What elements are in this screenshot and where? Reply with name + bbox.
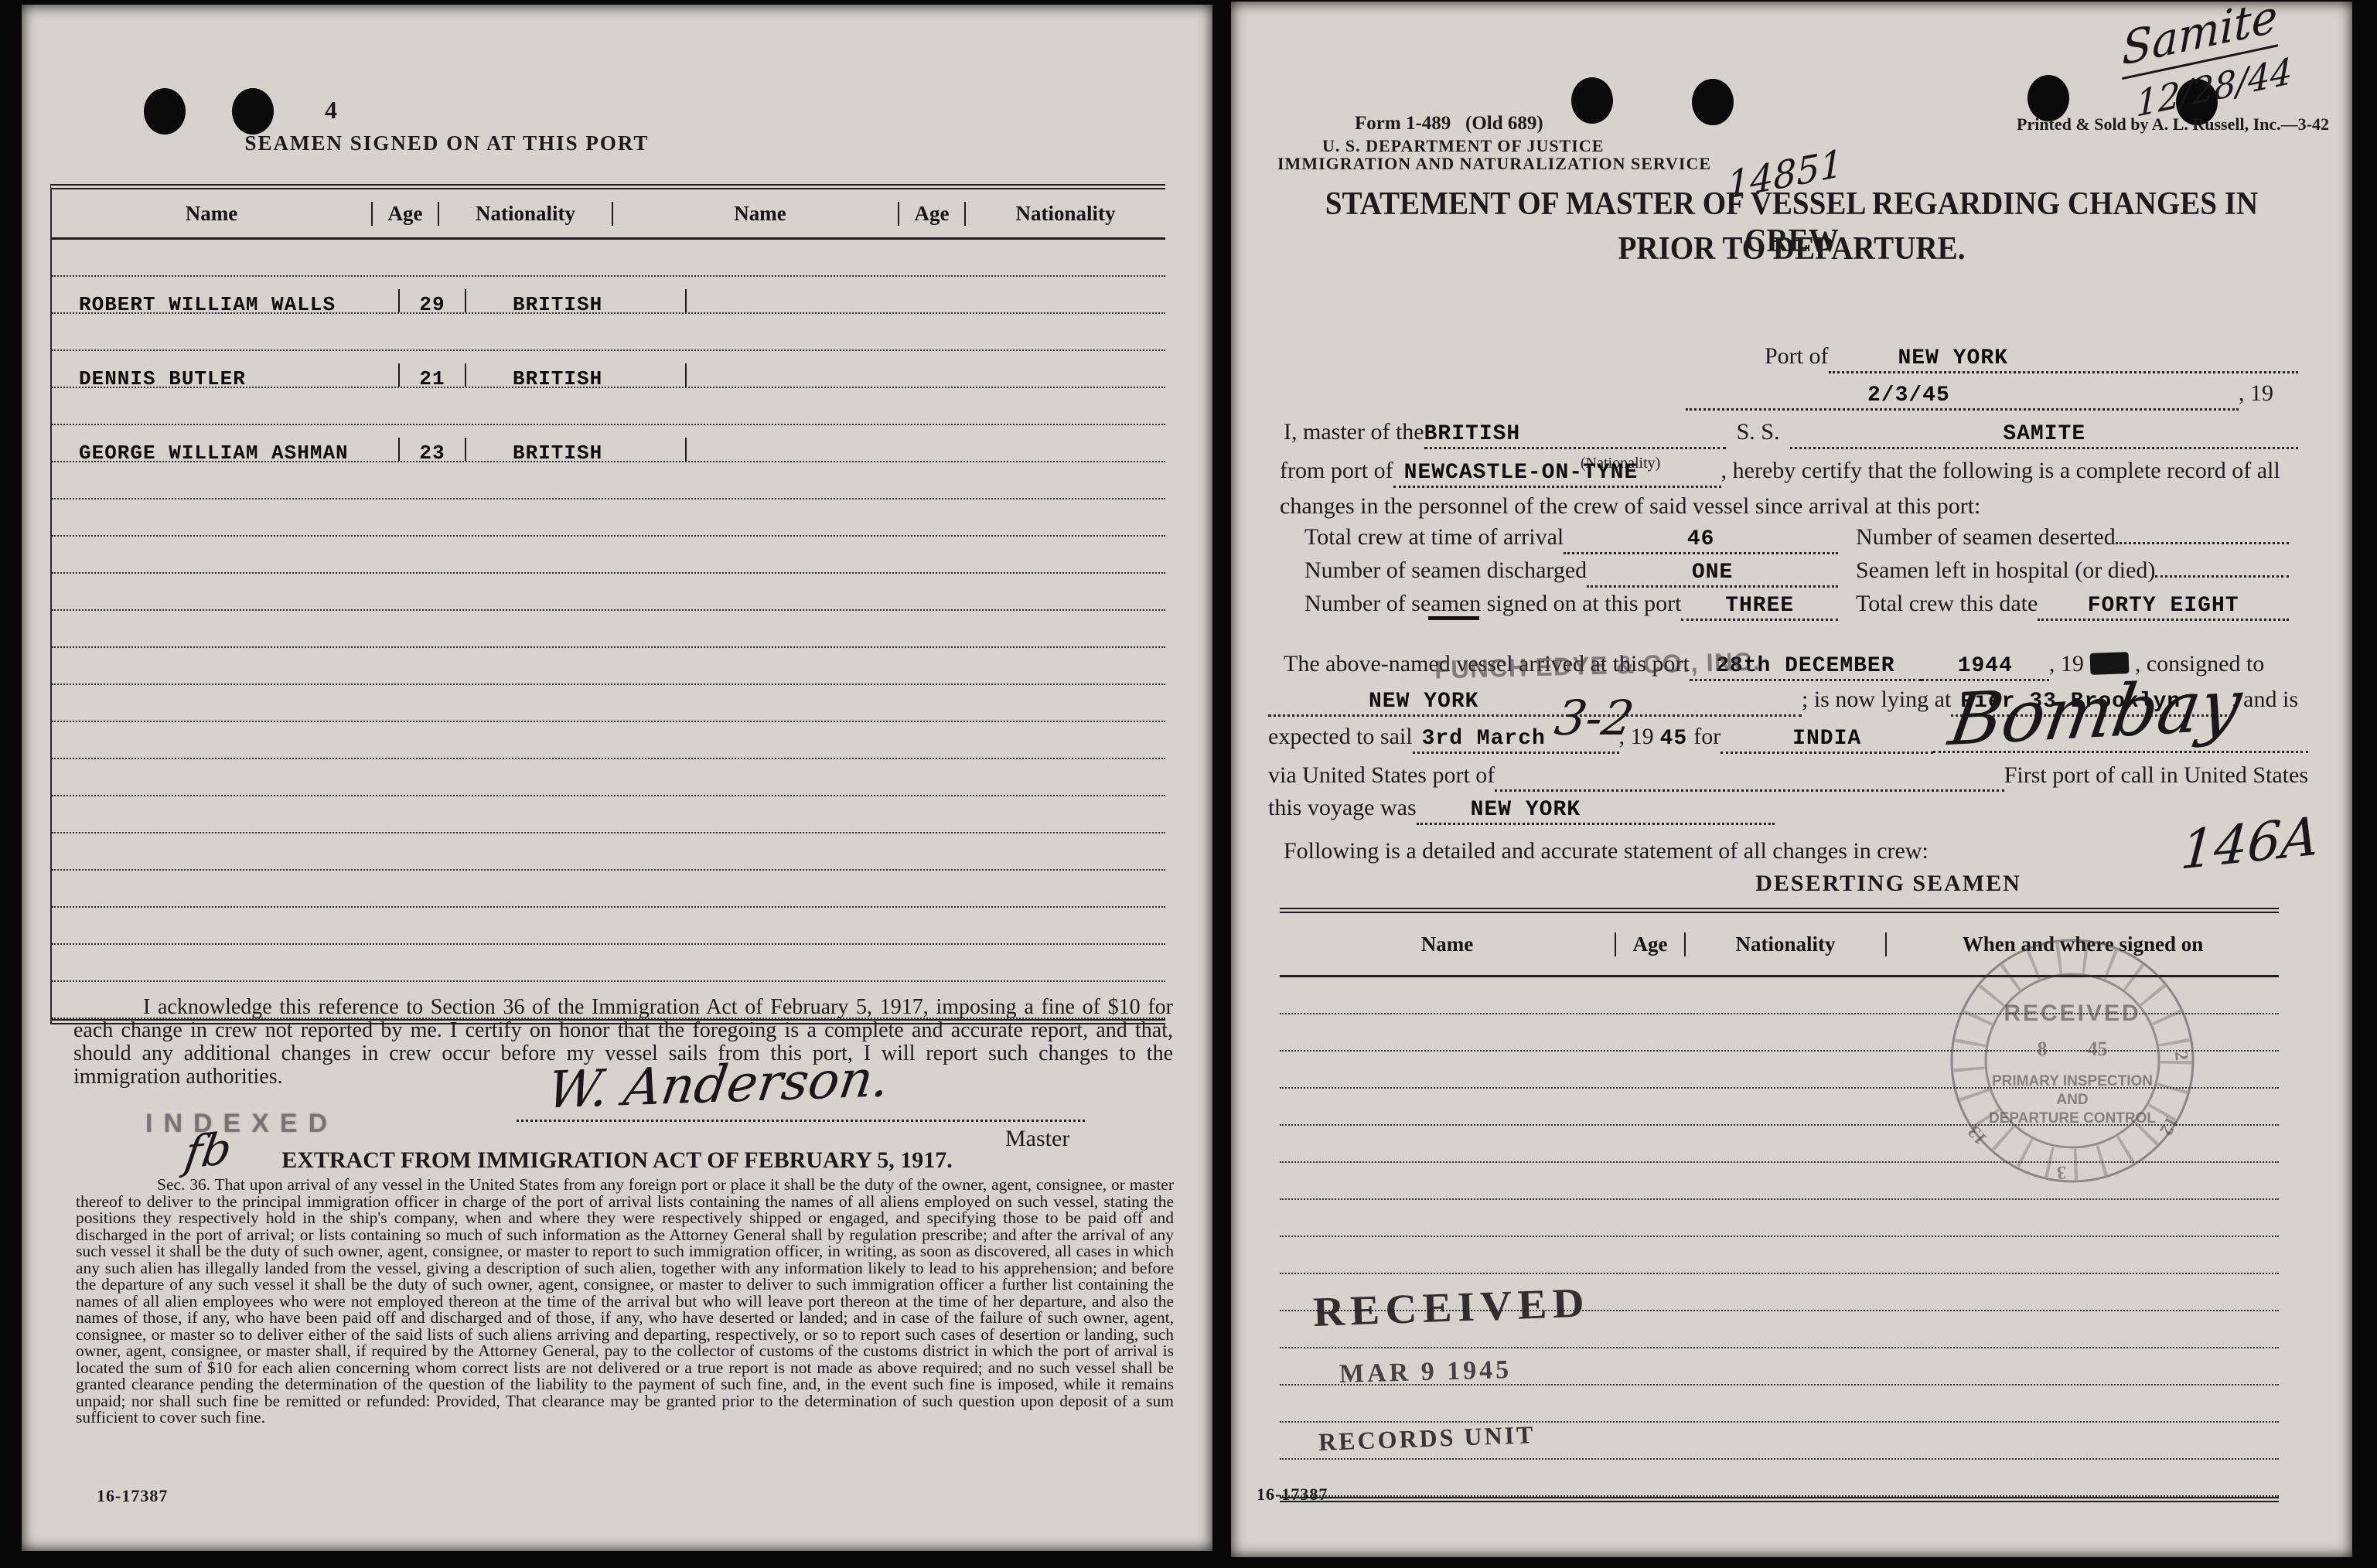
table-row (52, 908, 1165, 945)
typed-entry: BRITISH (513, 367, 602, 390)
from-port-line: from port of NEWCASTLE-ON-TYNE , hereby … (1280, 458, 2320, 488)
date-suffix: , 19 (2239, 380, 2273, 407)
deserting-seamen-heading: DESERTING SEAMEN (1540, 871, 2236, 897)
round-stamp-received: RECEIVED (1941, 1000, 2204, 1027)
stat-line: Number of seamen discharged ONE (1304, 557, 1838, 588)
stat-label: Seamen left in hospital (or died) (1856, 557, 2155, 584)
stat-value: FORTY EIGHT (2088, 594, 2239, 618)
punch-hole (144, 88, 186, 135)
table-row (52, 648, 1165, 685)
table-row: GEORGE WILLIAM ASHMAN23BRITISH (52, 425, 1165, 462)
lying-label: ; is now lying at (1802, 687, 1951, 713)
stamp-rings (1941, 929, 2204, 1192)
date-value: 2/3/45 (1867, 383, 1950, 407)
right-page: Samite 12/28/44 Printed & Sold by A. L. … (1231, 2, 2352, 1557)
col-header-age: Age (1616, 932, 1686, 956)
table-cell: BRITISH (466, 363, 687, 387)
date-field: 2/3/45 (1686, 380, 2239, 411)
nationality-field: BRITISH (1424, 419, 1726, 449)
stat-field: FORTY EIGHT (2038, 591, 2289, 621)
ss-label: S. S. (1726, 419, 1791, 445)
sail-for-label: for (1693, 724, 1721, 750)
indexed-stamp: INDEXED (145, 1109, 338, 1139)
typed-entry: BRITISH (513, 441, 602, 465)
stat-label: Total crew this date (1856, 591, 2038, 617)
section-36-text: Sec. 36. That upon arrival of any vessel… (76, 1177, 1174, 1427)
form-print-number: 16-17387 (1257, 1484, 1328, 1505)
round-stamp-ring-digit: 3 (2057, 1161, 2067, 1182)
certify-text2: changes in the personnel of the crew of … (1280, 493, 1980, 520)
form-title-line2: PRIOR TO DEPARTURE. (1292, 230, 2292, 268)
seamen-signed-heading: SEAMEN SIGNED ON AT THIS PORT (200, 131, 694, 155)
table-row (52, 388, 1165, 425)
table-row (52, 945, 1165, 982)
table-row (52, 833, 1165, 871)
stat-line: Total crew this date FORTY EIGHT (1856, 591, 2289, 621)
stat-field (2116, 542, 2289, 544)
section-divider-rule (1428, 616, 1479, 620)
table-row (52, 240, 1165, 277)
from-port-field: NEWCASTLE-ON-TYNE (1393, 458, 1721, 488)
voyage-label: this voyage was (1268, 795, 1417, 821)
table-row (52, 611, 1165, 648)
stat-field: THREE (1681, 591, 1838, 621)
table-row (1280, 1200, 2279, 1237)
stat-field (2155, 575, 2289, 578)
col-header-age: Age (899, 202, 966, 226)
port-label: Port of (1765, 343, 1829, 370)
left-page: 4 SEAMEN SIGNED ON AT THIS PORT Name Age… (22, 5, 1212, 1551)
table-row (52, 314, 1165, 351)
stat-line: Seamen left in hospital (or died) (1856, 557, 2289, 584)
table-row (52, 574, 1165, 611)
punch-hole (1571, 77, 1613, 124)
col-header-name: Name (52, 202, 373, 226)
typed-entry: ROBERT WILLIAM WALLS (79, 293, 336, 316)
typed-entry: GEORGE WILLIAM ASHMAN (79, 441, 349, 465)
table-row (1280, 1460, 2279, 1497)
table-cell: BRITISH (466, 289, 687, 312)
stat-label: Number of seamen discharged (1304, 557, 1587, 584)
table-row (52, 685, 1165, 722)
table-header-row: Name Age Nationality Name Age Nationalit… (52, 189, 1165, 240)
master-lead-label: I, master of the (1284, 419, 1424, 445)
stat-field: ONE (1587, 557, 1838, 588)
table-cell: 21 (400, 363, 466, 387)
round-inspection-stamp: RECEIVED 8 45 PRIMARY INSPECTION AND DEP… (1941, 929, 2204, 1192)
typed-entry: 21 (419, 367, 445, 390)
table-row (52, 462, 1165, 499)
table-row (52, 537, 1165, 574)
form-print-number: 16-17387 (97, 1486, 168, 1506)
stat-label: Number of seamen deserted (1856, 524, 2116, 551)
col-header-nationality: Nationality (1686, 932, 1887, 956)
col-header-nationality: Nationality (439, 202, 613, 226)
voyage-value: NEW YORK (1471, 798, 1581, 822)
round-stamp-line3: PRIMARY INSPECTION (1941, 1073, 2204, 1090)
punch-hole (232, 88, 274, 135)
table-row (52, 499, 1165, 537)
table-row: ROBERT WILLIAM WALLS29BRITISH (52, 277, 1165, 314)
port-line: Port of NEW YORK (1765, 343, 2298, 373)
handwritten-destination: Bombay (1944, 663, 2248, 762)
scanned-document: 4 SEAMEN SIGNED ON AT THIS PORT Name Age… (0, 0, 2377, 1568)
vessel-field: SAMITE (1790, 419, 2298, 449)
table-row (52, 759, 1165, 796)
received-stamp: RECEIVED (1312, 1279, 1591, 1336)
certify-text: , hereby certify that the following is a… (1721, 458, 2280, 484)
date-line: 2/3/45 , 19 (1686, 380, 2273, 411)
col-header-name: Name (1280, 932, 1616, 956)
table-cell: GEORGE WILLIAM ASHMAN (52, 438, 400, 461)
handwritten-sail-date: 3-2 (1551, 690, 1639, 746)
col-header-name: Name (622, 202, 899, 226)
stat-value: ONE (1692, 561, 1733, 585)
table-row (1280, 1237, 2279, 1274)
from-port-label: from port of (1280, 458, 1393, 484)
col-header-nationality: Nationality (966, 202, 1165, 226)
service-line: IMMIGRATION AND NATURALIZATION SERVICE (1277, 154, 1711, 174)
via-label: via United States port of (1268, 762, 1495, 789)
first-port-label: First port of call in United States (2004, 762, 2308, 789)
typed-entry: 29 (419, 293, 445, 316)
sail-label: expected to sail (1268, 724, 1413, 750)
stat-line: Number of seamen signed on at this port … (1304, 591, 1838, 621)
sail-year-typed: 45 (1654, 727, 1694, 751)
table-row (52, 722, 1165, 759)
via-field (1495, 762, 2004, 792)
voyage-line: this voyage was NEW YORK (1268, 795, 1775, 825)
typed-entry: DENNIS BUTLER (79, 367, 246, 390)
nationality-value: BRITISH (1424, 422, 1521, 446)
port-field: NEW YORK (1829, 343, 2299, 373)
table-cell: ROBERT WILLIAM WALLS (52, 289, 400, 312)
table-row: DENNIS BUTLER21BRITISH (52, 351, 1165, 388)
destination-field: INDIA (1721, 724, 1933, 754)
typed-entry: 23 (419, 441, 445, 465)
stat-line: Number of seamen deserted (1856, 524, 2289, 551)
stat-field: 46 (1564, 524, 1838, 554)
consigned-field: NEW YORK (1268, 687, 1802, 717)
sail-date-value: 3rd March (1422, 727, 1546, 751)
destination-value: INDIA (1792, 727, 1861, 751)
table-cell: DENNIS BUTLER (52, 363, 400, 387)
round-stamp-line4: AND (1941, 1092, 2204, 1109)
master-signature: W. Anderson. (544, 1048, 893, 1120)
consigned-value: NEW YORK (1369, 690, 1478, 714)
stat-label: Total crew at time of arrival (1304, 524, 1564, 551)
form-id: Form 1-489 (Old 689) (1355, 113, 1543, 135)
from-port-value: NEWCASTLE-ON-TYNE (1404, 461, 1639, 485)
port-value: NEW YORK (1898, 346, 2008, 370)
table-cell: 23 (400, 438, 466, 461)
vessel-value: SAMITE (2003, 422, 2085, 446)
stat-line: Total crew at time of arrival 46 (1304, 524, 1838, 554)
typed-entry: BRITISH (513, 293, 602, 316)
punch-hole (1692, 79, 1734, 125)
voyage-field: NEW YORK (1417, 795, 1775, 825)
stat-value: THREE (1725, 594, 1794, 618)
stat-value: 46 (1687, 527, 1715, 551)
table-row (52, 796, 1165, 833)
following-statement: Following is a detailed and accurate sta… (1284, 838, 1929, 864)
table-cell: BRITISH (466, 438, 687, 461)
page-number: 4 (300, 96, 362, 124)
round-stamp-date: 8 45 (1941, 1038, 2204, 1061)
received-date-stamp: MAR 9 1945 (1339, 1355, 1512, 1389)
table-row (52, 871, 1165, 908)
stat-label: Number of seamen signed on at this port (1304, 591, 1681, 617)
arrival-year-value: 1944 (1958, 654, 2013, 678)
seamen-signed-table: Name Age Nationality Name Age Nationalit… (50, 184, 1165, 1024)
col-header-age: Age (373, 202, 439, 226)
table-bottom-rule (1280, 1497, 2279, 1502)
via-line: via United States port of First port of … (1268, 762, 2308, 792)
extract-title: EXTRACT FROM IMMIGRATION ACT OF FEBRUARY… (138, 1147, 1096, 1174)
master-line: I, master of the BRITISH S. S. SAMITE (1284, 419, 2298, 449)
table-cell: 29 (400, 289, 466, 312)
left-table-rows: ROBERT WILLIAM WALLS29BRITISHDENNIS BUTL… (52, 240, 1165, 1019)
table-row (1280, 1386, 2279, 1423)
printer-credit: Printed & Sold by A. L. Russell, Inc.—3-… (1873, 114, 2329, 135)
